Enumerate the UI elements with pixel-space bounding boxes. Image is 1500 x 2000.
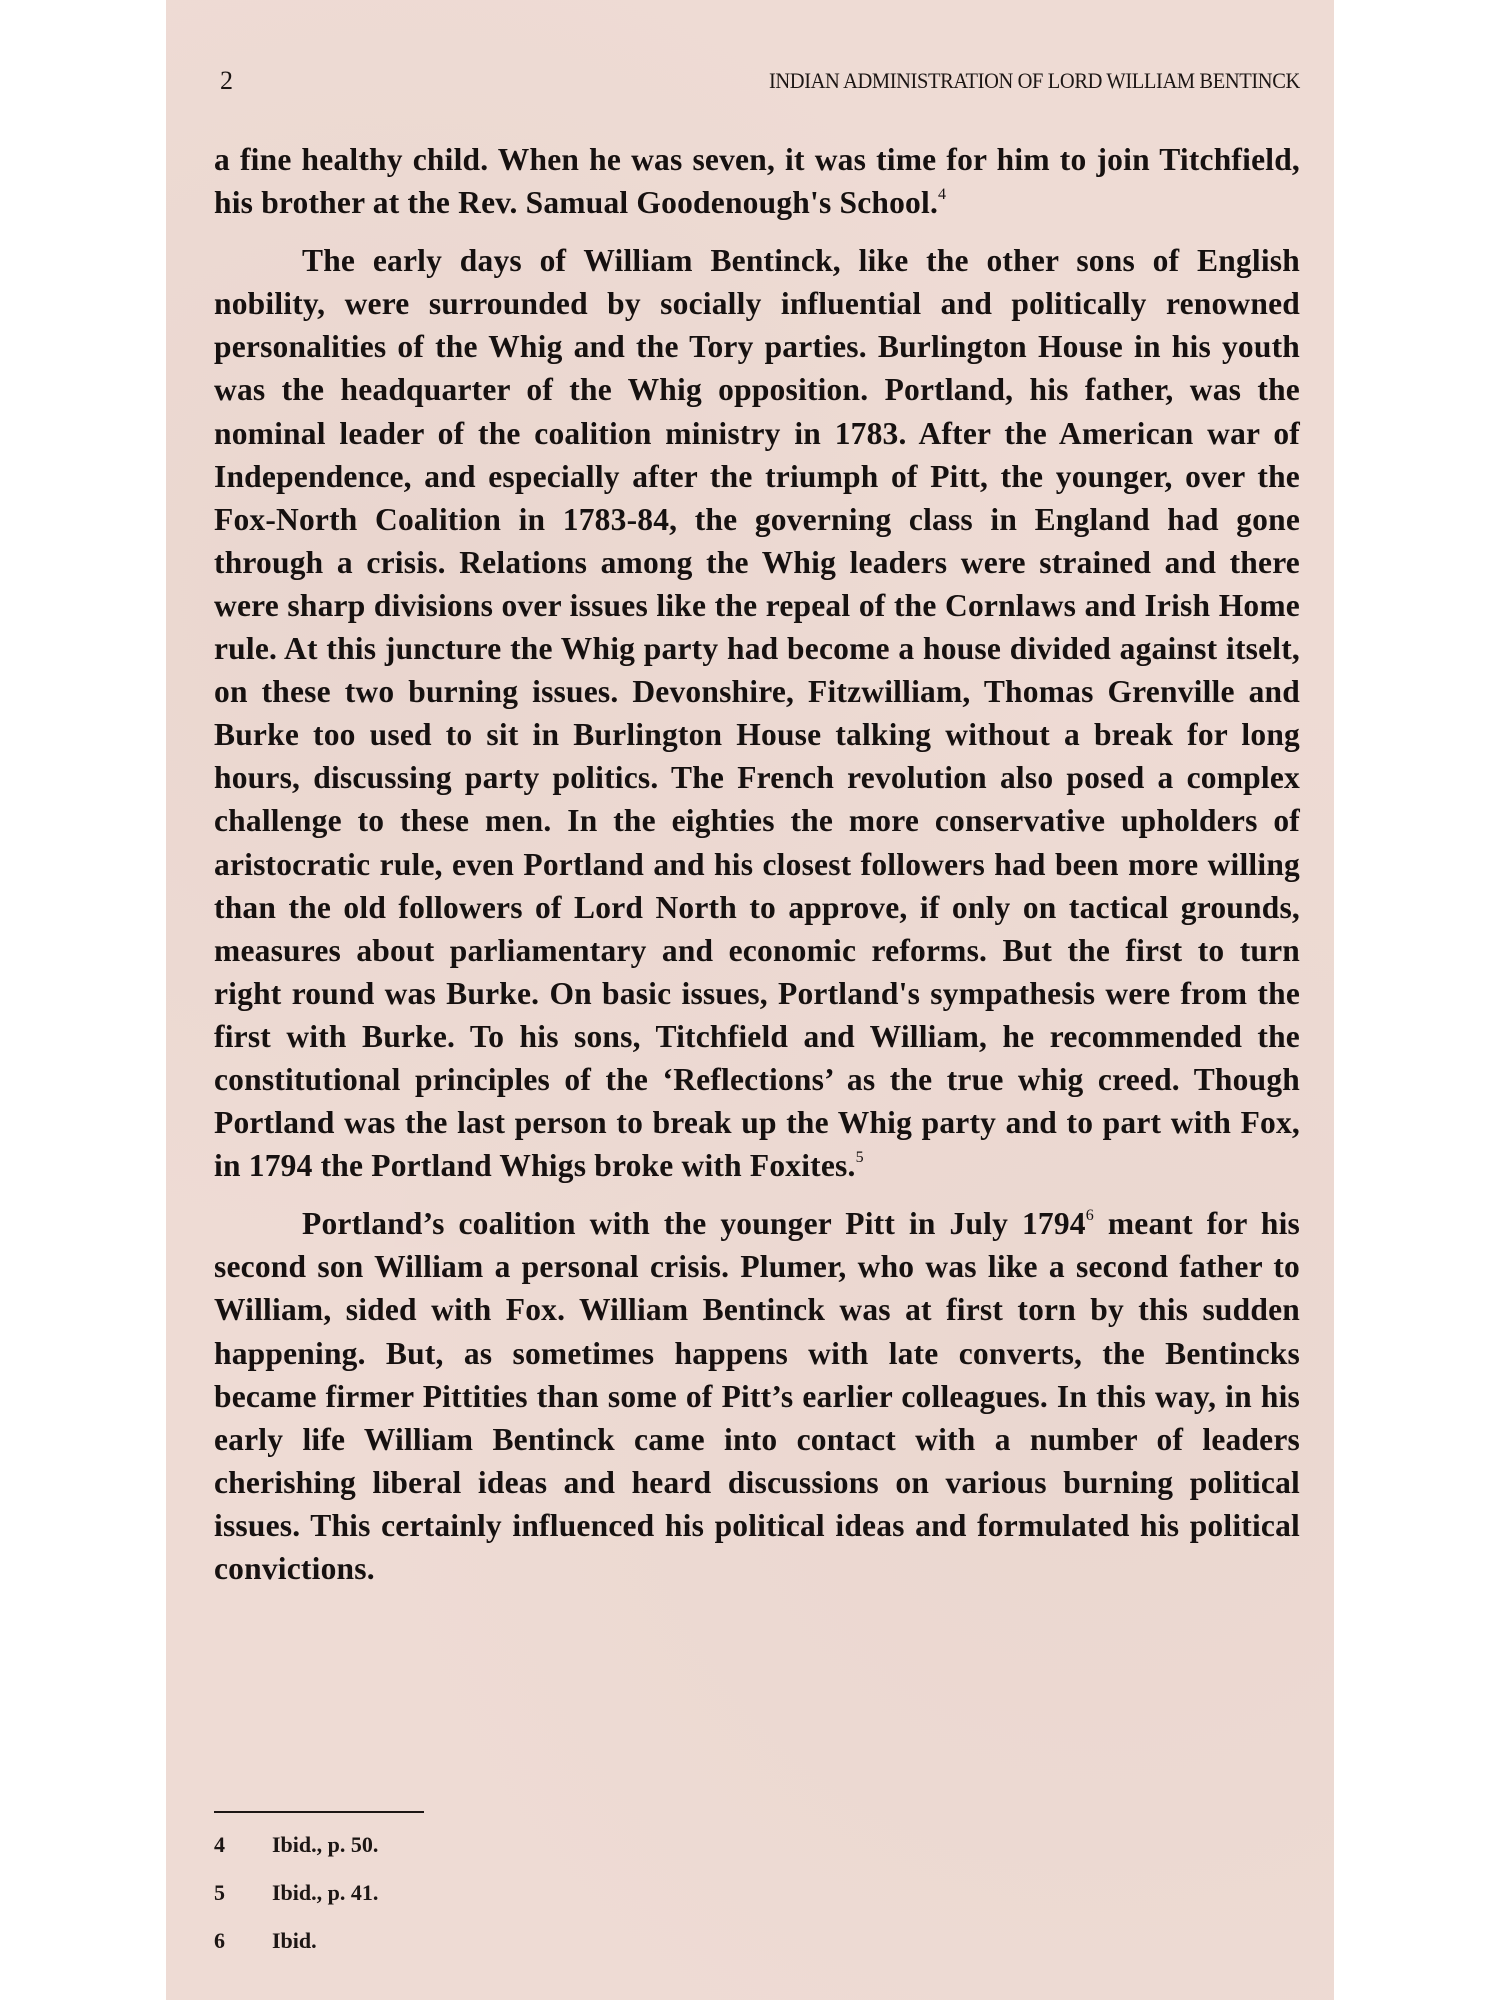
paragraph-3-text-before-ref: Portland’s coalition with the younger Pi… bbox=[302, 1206, 1086, 1241]
running-head: 2 INDIAN ADMINISTRATION OF LORD WILLIAM … bbox=[214, 62, 1300, 98]
footnote-number: 4 bbox=[214, 1829, 272, 1877]
paragraph-2: The early days of William Bentinck, like… bbox=[214, 239, 1300, 1187]
footnote-text: Ibid. bbox=[272, 1925, 317, 1973]
book-page: 2 INDIAN ADMINISTRATION OF LORD WILLIAM … bbox=[166, 0, 1334, 2000]
paragraph-3: Portland’s coalition with the younger Pi… bbox=[214, 1202, 1300, 1590]
footnote-5: 5 Ibid., p. 41. bbox=[214, 1877, 378, 1925]
paragraph-3-text-after-ref: meant for his second son William a perso… bbox=[214, 1206, 1300, 1586]
footnote-6: 6 Ibid. bbox=[214, 1925, 378, 1973]
paragraph-1: a fine healthy child. When he was seven,… bbox=[214, 138, 1300, 224]
paragraph-1-text: a fine healthy child. When he was seven,… bbox=[214, 142, 1300, 220]
running-title: INDIAN ADMINISTRATION OF LORD WILLIAM BE… bbox=[769, 68, 1300, 94]
footnotes: 4 Ibid., p. 50. 5 Ibid., p. 41. 6 Ibid. bbox=[214, 1829, 378, 1973]
footnote-divider bbox=[214, 1811, 424, 1813]
footnote-number: 5 bbox=[214, 1877, 272, 1925]
footnote-text: Ibid., p. 41. bbox=[272, 1877, 378, 1925]
footnote-ref-5: 5 bbox=[856, 1149, 864, 1166]
page-number: 2 bbox=[220, 66, 233, 96]
footnote-4: 4 Ibid., p. 50. bbox=[214, 1829, 378, 1877]
footnote-ref-6: 6 bbox=[1086, 1207, 1094, 1224]
footnote-ref-4: 4 bbox=[938, 186, 946, 203]
footnote-text: Ibid., p. 50. bbox=[272, 1829, 378, 1877]
paragraph-2-text: The early days of William Bentinck, like… bbox=[214, 243, 1300, 1183]
body-text: a fine healthy child. When he was seven,… bbox=[214, 138, 1300, 1590]
footnote-number: 6 bbox=[214, 1925, 272, 1973]
